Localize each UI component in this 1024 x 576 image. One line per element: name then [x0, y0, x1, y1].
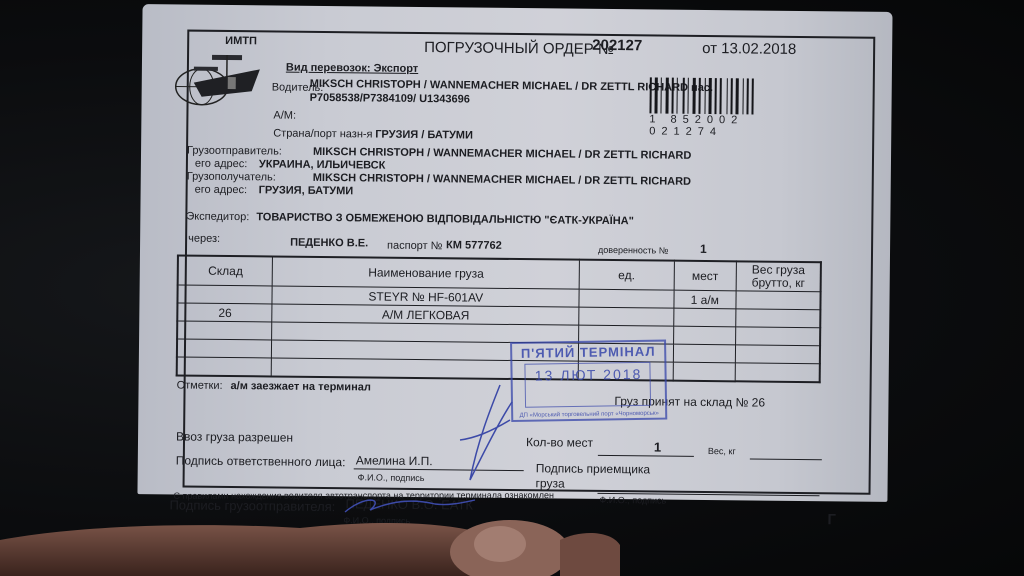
handwritten-signature-icon: [440, 380, 560, 490]
hand-holding-document-icon: [0, 500, 1024, 576]
